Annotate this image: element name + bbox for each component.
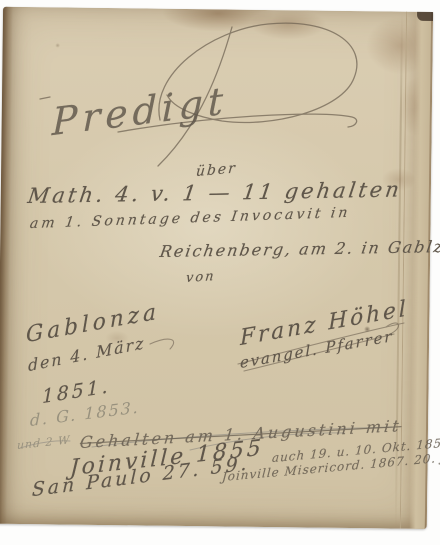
book-spine-shadow	[0, 7, 13, 524]
word-von: von	[185, 269, 216, 286]
torn-corner	[417, 12, 433, 21]
manuscript-scan: Predigt über Math. 4. v. 1 — 11 gehalten…	[0, 0, 440, 545]
